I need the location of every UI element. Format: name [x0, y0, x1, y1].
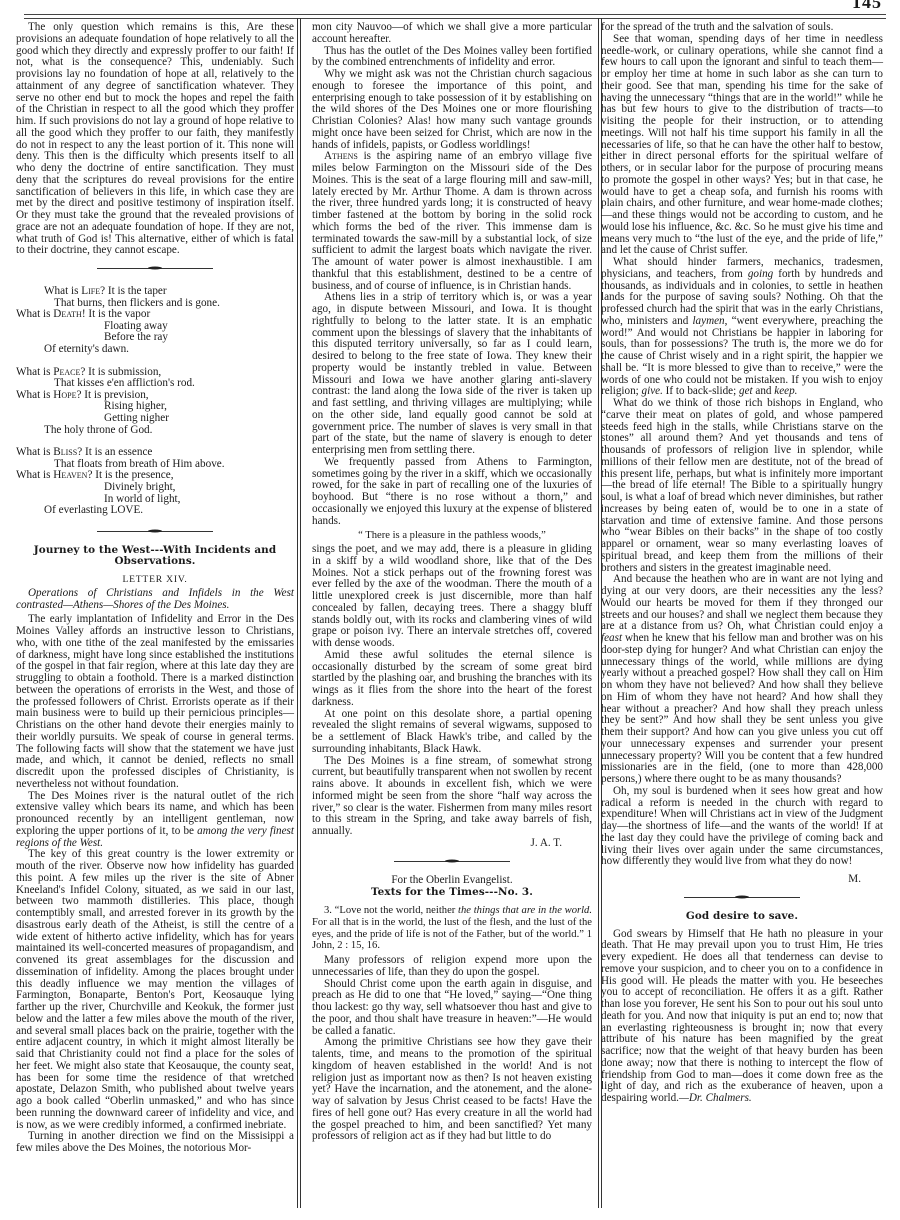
letter-paragraph: Turning in another direction we find on … — [16, 1131, 294, 1155]
column-divider-1 — [297, 18, 301, 1208]
texts-paragraph: for the spread of the truth and the salv… — [601, 22, 883, 34]
poem-stanza: What is Life? It is the taperThat burns,… — [16, 286, 294, 356]
poem-stanza: What is Peace? It is submission,That kis… — [16, 367, 294, 437]
poem-line: The holy throne of God. — [16, 425, 294, 437]
texts-paragraph: Many professors of religion expend more … — [312, 955, 592, 979]
signature-jat: J. A. T. — [312, 838, 592, 850]
page-number: 145 — [852, 0, 882, 13]
section-ornament — [97, 528, 213, 535]
section-ornament — [97, 265, 213, 272]
texts-paragraph: What should hinder farmers, mechanics, t… — [601, 257, 883, 398]
poem-line: Of everlasting LOVE. — [16, 505, 294, 517]
letter-paragraph: We frequently passed from Athens to Farm… — [312, 457, 592, 528]
letter-paragraph: mon city Nauvoo—of which we shall give a… — [312, 22, 592, 46]
god-desire-heading: God desire to save. — [601, 911, 883, 923]
letter-paragraph: The Des Moines is a fine stream, of some… — [312, 756, 592, 838]
column-2: mon city Nauvoo—of which we shall give a… — [312, 22, 592, 1143]
poem-line: Of eternity's dawn. — [16, 344, 294, 356]
letter-paragraph: Athens lies in a strip of territory whic… — [312, 292, 592, 457]
signature-m: M. — [601, 874, 883, 886]
god-desire-paragraph: God swears by Himself that He hath no pl… — [601, 929, 883, 1105]
letter-paragraph: The early implantation of Infidelity and… — [16, 614, 294, 790]
poem: What is Life? It is the taperThat burns,… — [16, 286, 294, 517]
letter-paragraph: The key of this great country is the low… — [16, 849, 294, 1131]
texts-paragraph: Among the primitive Christians see how t… — [312, 1037, 592, 1143]
column-1: The only question which remains is this,… — [16, 22, 294, 1155]
letter-paragraph: Athens is the aspiring name of an embryo… — [312, 151, 592, 292]
journey-heading: Journey to the West---With Incidents and… — [16, 545, 294, 569]
scripture-quote: 3. “Love not the world, neither the thin… — [312, 905, 592, 952]
letter-paragraph: Thus has the outlet of the Des Moines va… — [312, 46, 592, 70]
letter-paragraph: The Des Moines river is the natural outl… — [16, 791, 294, 850]
letter-paragraph: Amid these awful solitudes the eternal s… — [312, 650, 592, 709]
texts-for-times-heading: Texts for the Times---No. 3. — [312, 887, 592, 899]
poet-quote: “ There is a pleasure in the pathless wo… — [312, 530, 592, 542]
letter-paragraph: At one point on this desolate shore, a p… — [312, 709, 592, 756]
poem-stanza: What is Bliss? It is an essenceThat floa… — [16, 447, 294, 517]
texts-paragraph: Should Christ come upon the earth again … — [312, 979, 592, 1038]
for-evangelist-label: For the Oberlin Evangelist. — [312, 875, 592, 887]
section-ornament — [394, 858, 510, 865]
letter-paragraph: Why we might ask was not the Christian c… — [312, 69, 592, 151]
letter-number: LETTER XIV. — [16, 574, 294, 586]
section-ornament — [684, 894, 800, 901]
letter-paragraph: sings the poet, and we may add, there is… — [312, 544, 592, 650]
column-3: for the spread of the truth and the salv… — [601, 22, 883, 1105]
texts-paragraph: See that woman, spending days of her tim… — [601, 34, 883, 257]
sanctification-paragraph: The only question which remains is this,… — [16, 22, 294, 257]
texts-paragraph: And because the heathen who are in want … — [601, 574, 883, 786]
texts-paragraph: What do we think of those rich bishops i… — [601, 398, 883, 574]
top-rule — [24, 14, 886, 19]
letter-subheading: Operations of Christians and Infidels in… — [16, 588, 294, 612]
texts-paragraph: Oh, my soul is burdened when it sees how… — [601, 786, 883, 868]
